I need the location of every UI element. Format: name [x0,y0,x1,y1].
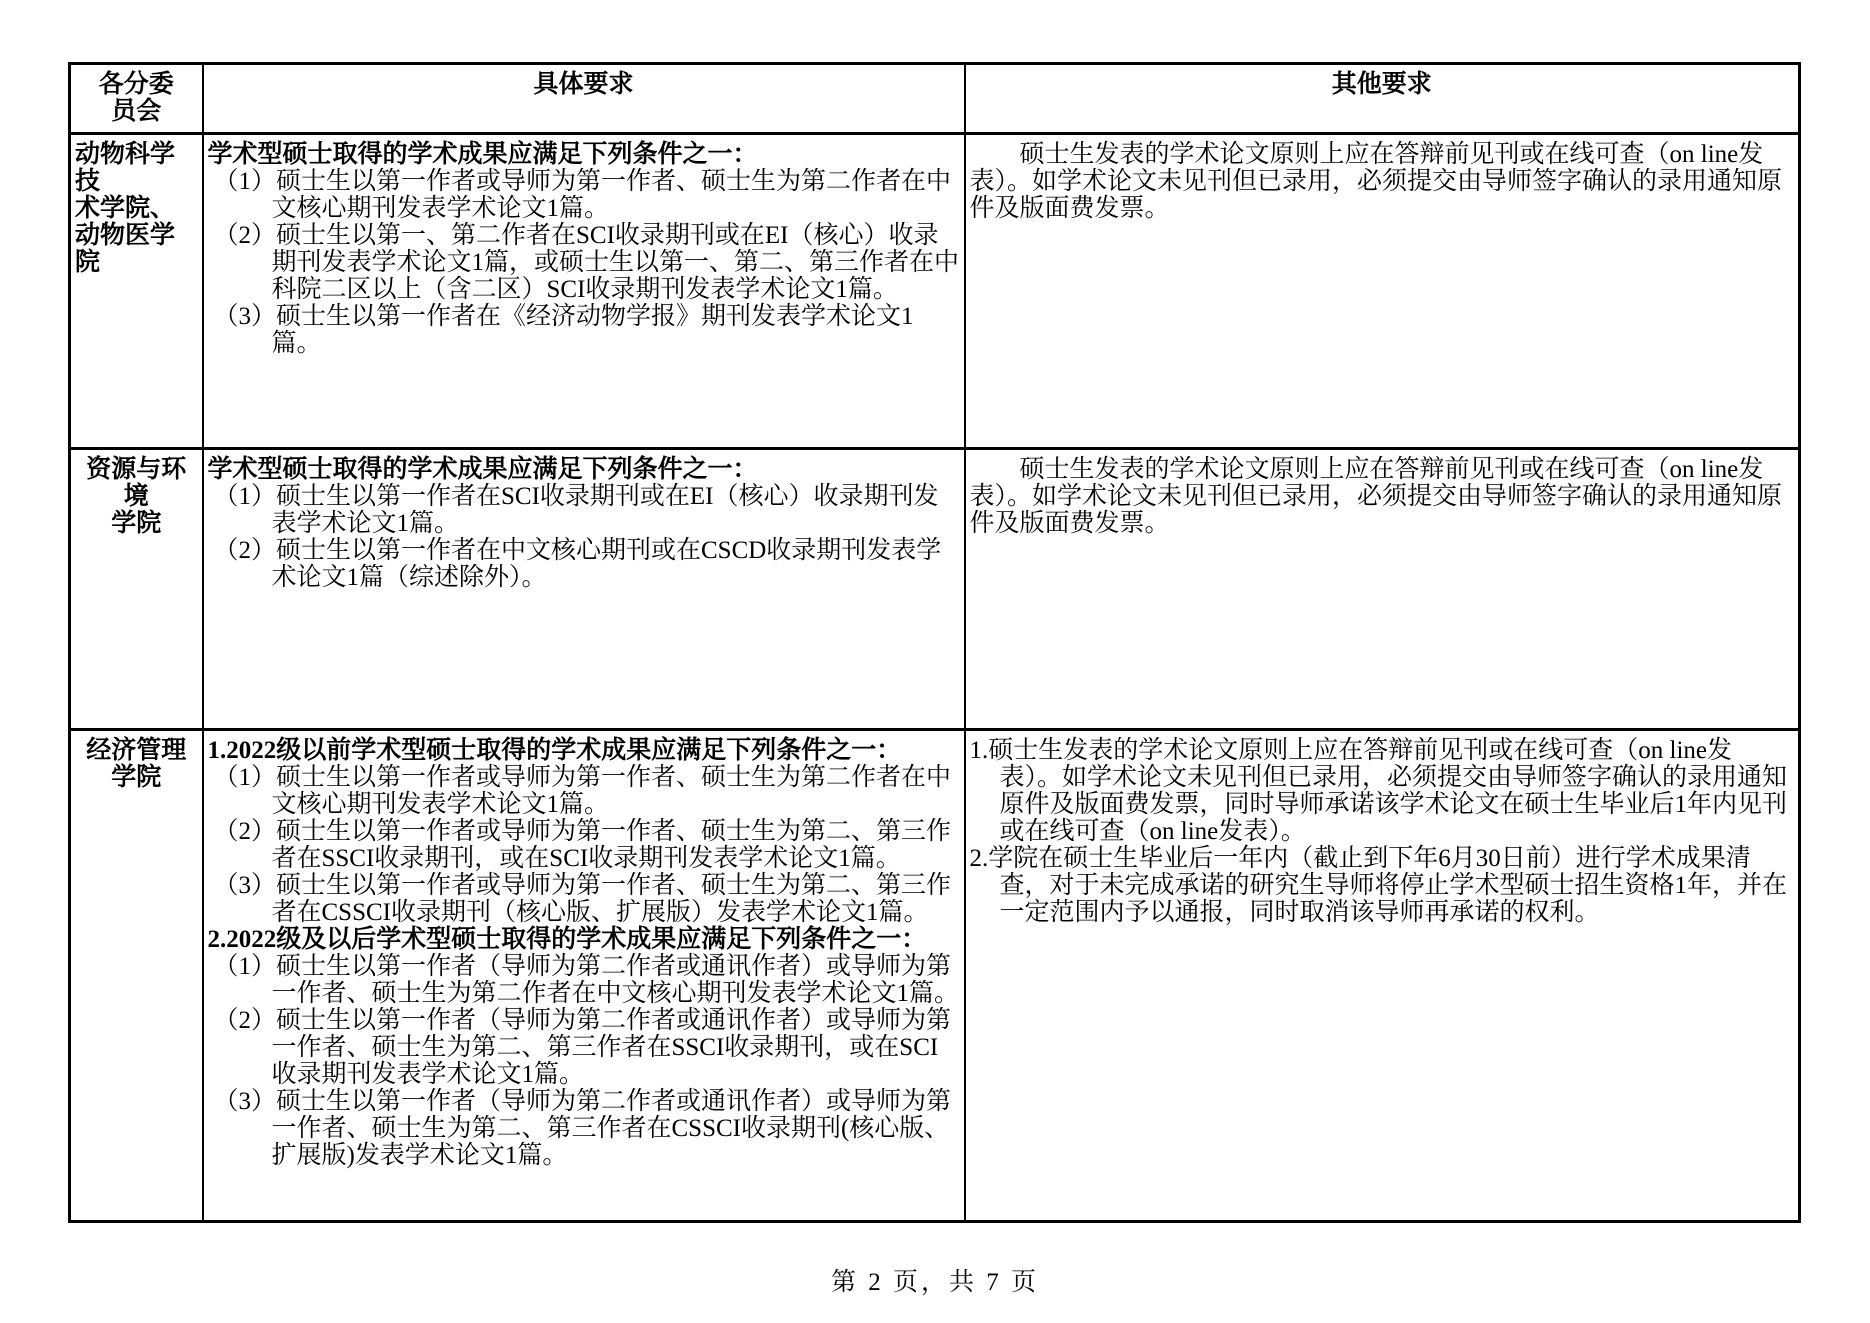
page-number: 第 2 页，共 7 页 [0,1262,1870,1298]
requirement-heading: 学术型硕士取得的学术成果应满足下列条件之一： [208,456,960,483]
specific-cell-economics-management: 1.2022级以前学术型硕士取得的学术成果应满足下列条件之一： （1）硕士生以第… [203,730,965,1222]
other-requirement-item: 1.硕士生发表的学术论文原则上应在答辩前见刊或在线可查（on line发表）。如… [970,737,1795,845]
table-header-row: 各分委 员会 具体要求 其他要求 [70,64,1800,134]
requirement-item: （1）硕士生以第一作者或导师为第一作者、硕士生为第二作者在中文核心期刊发表学术论… [208,764,960,818]
requirement-item: （1）硕士生以第一作者在SCI收录期刊或在EI（核心）收录期刊发表学术论文1篇。 [208,483,960,537]
specific-cell-animal-science: 学术型硕士取得的学术成果应满足下列条件之一： （1）硕士生以第一作者或导师为第一… [203,134,965,449]
requirements-table: 各分委 员会 具体要求 其他要求 动物科学技 术学院、 动物医学院 学术型硕士取… [68,62,1801,1223]
requirement-item: （1）硕士生以第一作者或导师为第一作者、硕士生为第二作者在中文核心期刊发表学术论… [208,168,960,222]
other-cell-resources-environment: 硕士生发表的学术论文原则上应在答辩前见刊或在线可查（on line发表）。如学术… [965,449,1800,730]
requirement-item: （1）硕士生以第一作者（导师为第二作者或通讯作者）或导师为第一作者、硕士生为第二… [208,953,960,1007]
document-page: 各分委 员会 具体要求 其他要求 动物科学技 术学院、 动物医学院 学术型硕士取… [0,0,1870,1323]
requirement-item: （3）硕士生以第一作者（导师为第二作者或通讯作者）或导师为第一作者、硕士生为第二… [208,1088,960,1169]
other-requirement-paragraph: 硕士生发表的学术论文原则上应在答辩前见刊或在线可查（on line发表）。如学术… [970,141,1795,222]
requirement-item: （3）硕士生以第一作者在《经济动物学报》期刊发表学术论文1篇。 [208,303,960,357]
requirement-item: （2）硕士生以第一、第二作者在SCI收录期刊或在EI（核心）收录期刊发表学术论文… [208,222,960,303]
specific-cell-resources-environment: 学术型硕士取得的学术成果应满足下列条件之一： （1）硕士生以第一作者在SCI收录… [203,449,965,730]
requirement-section-heading: 2.2022级及以后学术型硕士取得的学术成果应满足下列条件之一： [208,926,960,953]
header-committee: 各分委 员会 [70,64,203,134]
requirement-item: （2）硕士生以第一作者（导师为第二作者或通讯作者）或导师为第一作者、硕士生为第二… [208,1007,960,1088]
other-requirement-item: 2.学院在硕士生毕业后一年内（截止到下年6月30日前）进行学术成果清查，对于未完… [970,845,1795,926]
requirement-section-heading: 1.2022级以前学术型硕士取得的学术成果应满足下列条件之一： [208,737,960,764]
committee-cell-resources-environment: 资源与环境 学院 [70,449,203,730]
requirement-item: （3）硕士生以第一作者或导师为第一作者、硕士生为第二、第三作者在CSSCI收录期… [208,872,960,926]
requirement-item: （2）硕士生以第一作者在中文核心期刊或在CSCD收录期刊发表学术论文1篇（综述除… [208,537,960,591]
requirement-item: （2）硕士生以第一作者或导师为第一作者、硕士生为第二、第三作者在SSCI收录期刊… [208,818,960,872]
requirement-heading: 学术型硕士取得的学术成果应满足下列条件之一： [208,141,960,168]
other-cell-animal-science: 硕士生发表的学术论文原则上应在答辩前见刊或在线可查（on line发表）。如学术… [965,134,1800,449]
table-row-animal-science: 动物科学技 术学院、 动物医学院 学术型硕士取得的学术成果应满足下列条件之一： … [70,134,1800,449]
table-row-economics-management: 经济管理 学院 1.2022级以前学术型硕士取得的学术成果应满足下列条件之一： … [70,730,1800,1222]
header-other-requirements: 其他要求 [965,64,1800,134]
header-specific-requirements: 具体要求 [203,64,965,134]
other-requirement-paragraph: 硕士生发表的学术论文原则上应在答辩前见刊或在线可查（on line发表）。如学术… [970,456,1795,537]
committee-cell-animal-science: 动物科学技 术学院、 动物医学院 [70,134,203,449]
other-cell-economics-management: 1.硕士生发表的学术论文原则上应在答辩前见刊或在线可查（on line发表）。如… [965,730,1800,1222]
committee-cell-economics-management: 经济管理 学院 [70,730,203,1222]
table-row-resources-environment: 资源与环境 学院 学术型硕士取得的学术成果应满足下列条件之一： （1）硕士生以第… [70,449,1800,730]
